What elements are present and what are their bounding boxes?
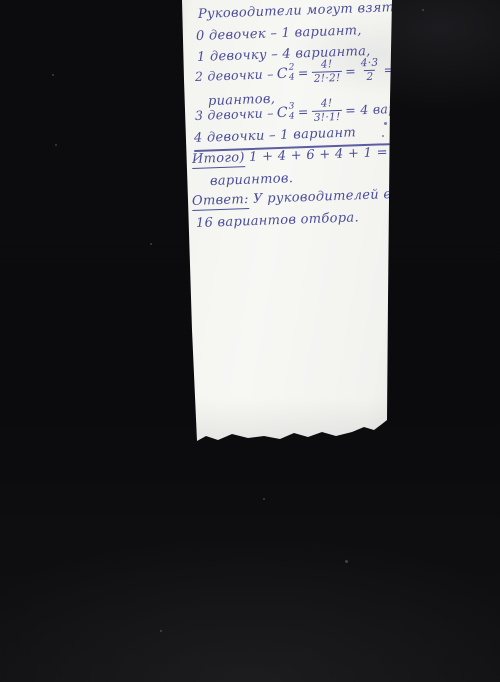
equals-sign: =	[345, 63, 356, 78]
fraction-numerator: 4·3	[359, 58, 381, 70]
torn-paper-strip: Руководители могут взять: 0 девочек – 1 …	[176, 0, 396, 452]
fraction-denominator: 3!·1!	[312, 109, 343, 124]
case-2-result: = 6 ва-	[383, 61, 431, 78]
answer-continuation: 16 вариантов отбора.	[196, 210, 359, 231]
case-4-girls: 4 девочки – 1 вариант	[194, 125, 357, 146]
fraction-4fact-over-3fact1fact: 4! 3!·1!	[311, 98, 342, 124]
combination-c-4-3: C 3 4	[276, 103, 295, 123]
fraction-4fact-over-2fact2fact: 4! 2!·2!	[311, 59, 342, 85]
combination-c-4-2: C 2 4	[276, 64, 295, 84]
comb-subscript: 4	[289, 113, 295, 122]
fraction-4x3-over-2: 4·3 2	[359, 58, 381, 84]
equals-sign: =	[298, 104, 309, 119]
case-2-label: 2 девочки –	[195, 66, 274, 84]
fraction-numerator: 4!	[319, 98, 335, 110]
comb-subscript: 4	[289, 74, 295, 83]
comb-letter: C	[277, 104, 289, 120]
dust-speck	[150, 243, 152, 245]
dust-speck	[422, 9, 424, 11]
comb-superscript: 3	[289, 103, 295, 112]
case-0-girls: 0 девочек – 1 вариант,	[196, 23, 362, 44]
dust-speck	[345, 560, 348, 563]
stray-ink-dot	[382, 135, 384, 137]
dust-speck	[55, 144, 57, 146]
dust-speck	[263, 498, 265, 500]
comb-letter: C	[277, 65, 289, 81]
answer-line: Ответ: У руководителей есть	[192, 186, 419, 209]
note-title: Руководители могут взять:	[198, 0, 407, 22]
fraction-denominator: 2	[364, 69, 375, 83]
answer-text: У руководителей есть	[253, 186, 419, 207]
dust-speck	[52, 74, 54, 76]
total-label: Итого)	[192, 150, 245, 169]
answer-label: Ответ:	[192, 192, 249, 211]
total-line: Итого) 1 + 4 + 6 + 4 + 1 = 16	[192, 144, 410, 167]
fraction-numerator: 4!	[319, 59, 335, 71]
scanned-page: Руководители могут взять: 0 девочек – 1 …	[0, 0, 500, 682]
equals-sign: =	[298, 65, 309, 80]
fraction-denominator: 2!·2!	[312, 70, 343, 85]
stray-ink-dot	[384, 122, 387, 125]
dust-speck	[160, 630, 162, 632]
case-3-label: 3 девочки –	[195, 105, 274, 123]
comb-superscript: 2	[289, 64, 295, 73]
total-continuation: вариантов.	[210, 171, 294, 189]
case-3-result: = 4 варианта,	[345, 99, 445, 117]
